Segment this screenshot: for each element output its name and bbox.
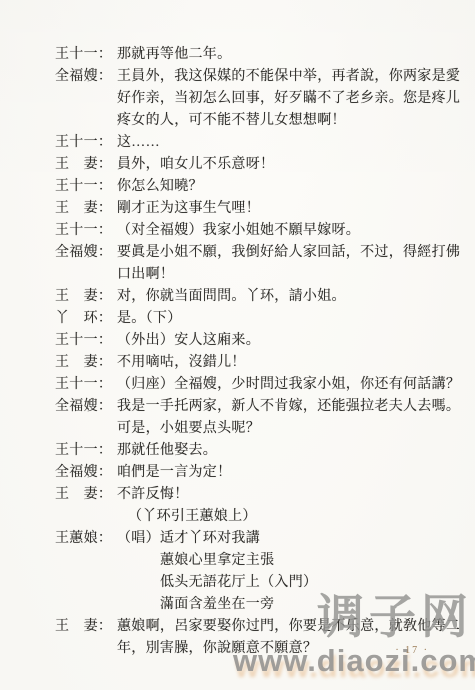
speaker-name: 王 妻： <box>55 616 117 638</box>
dialogue-text: 好作亲，当初怎么回事，好歹瞞不了老乡亲。您是疼儿 <box>117 88 460 110</box>
script-line: 丫 环：是。（下） <box>55 308 465 330</box>
watermark-site-name: 调子网 <box>317 592 473 642</box>
script-line: 蕙娘心里拿定主張 <box>55 550 465 572</box>
speaker-name <box>55 418 117 440</box>
script-line: 王 妻：不用嘀咕，沒錯儿！ <box>55 352 465 374</box>
song-line: 滿面含羞坐在一旁 <box>160 594 274 616</box>
dialogue-text: 那就再等他二年。 <box>117 44 231 66</box>
speaker-name: 王十一： <box>55 330 117 352</box>
script-line: 全福嫂：要眞是小姐不願，我倒好給人家回話，不过，得經打佛 <box>55 242 465 264</box>
dialogue-text: 这…… <box>117 132 160 154</box>
dialogue-text: （外出）安人这廂来。 <box>117 330 260 352</box>
script-line: 王十一：那就再等他二年。 <box>55 44 465 66</box>
script-line: 疼女的人，可不能不替儿女想想啊！ <box>55 110 465 132</box>
script-line: 王十一：（对全福嫂）我家小姐她不願早嫁呀。 <box>55 220 465 242</box>
speaker-name: 王 妻： <box>55 198 117 220</box>
dialogue-text: 那就任他娶去。 <box>117 440 217 462</box>
song-line: 低头无語花厅上（入門） <box>160 572 317 594</box>
speaker-name: 王十一： <box>55 132 117 154</box>
script-line: 全福嫂：王員外，我这保媒的不能保中举，再者說，你两家是愛 <box>55 66 465 88</box>
dialogue-text: （归座）全福嫂，少时問过我家小姐，你还有何話講？ <box>117 374 460 396</box>
script-line: 全福嫂：我是一手托两家，新人不肯嫁，还能强拉老夫人去嗎。 <box>55 396 465 418</box>
dialogue-text: （对全福嫂）我家小姐她不願早嫁呀。 <box>117 220 360 242</box>
script-line: 好作亲，当初怎么回事，好歹瞞不了老乡亲。您是疼儿 <box>55 88 465 110</box>
script-line: 全福嫂：咱們是一言为定！ <box>55 462 465 484</box>
dialogue-text: 口出啊！ <box>117 264 174 286</box>
speaker-name: 王十一： <box>55 44 117 66</box>
dialogue-text: 不許反悔！ <box>117 484 189 506</box>
script-line: 王 妻：不許反悔！ <box>55 484 465 506</box>
stage-direction: （丫环引王蕙娘上） <box>128 506 257 528</box>
dialogue-text: 你怎么知曉？ <box>117 176 203 198</box>
script-line: 王蕙娘：（唱）适才丫环对我講 <box>55 528 465 550</box>
dialogue-text: 我是一手托两家，新人不肯嫁，还能强拉老夫人去嗎。 <box>117 396 460 418</box>
speaker-name: 全福嫂： <box>55 396 117 418</box>
dialogue-text: 剛才正为这事生气哩！ <box>117 198 260 220</box>
speaker-name: 全福嫂： <box>55 66 117 88</box>
speaker-name: 王 妻： <box>55 352 117 374</box>
dialogue-text: 疼女的人，可不能不替儿女想想啊！ <box>117 110 346 132</box>
speaker-name: 王十一： <box>55 176 117 198</box>
speaker-name: 王 妻： <box>55 154 117 176</box>
script-line: 王 妻：剛才正为这事生气哩！ <box>55 198 465 220</box>
dialogue-text: 不用嘀咕，沒錯儿！ <box>117 352 246 374</box>
dialogue-text: 是。（下） <box>117 308 182 330</box>
speaker-name <box>55 638 117 660</box>
script-line: 王 妻：員外，咱女儿不乐意呀！ <box>55 154 465 176</box>
dialogue-text: 員外，咱女儿不乐意呀！ <box>117 154 274 176</box>
speaker-name: 王 妻： <box>55 286 117 308</box>
dialogue-text: （唱）适才丫环对我講 <box>117 528 260 550</box>
speaker-name: 丫 环： <box>55 308 117 330</box>
speaker-name <box>55 264 117 286</box>
speaker-name: 王十一： <box>55 440 117 462</box>
script-line: 王十一：你怎么知曉？ <box>55 176 465 198</box>
scanned-page: 王十一：那就再等他二年。全福嫂：王員外，我这保媒的不能保中举，再者說，你两家是愛… <box>0 0 475 690</box>
song-line: 蕙娘心里拿定主張 <box>160 550 274 572</box>
speaker-name: 王十一： <box>55 374 117 396</box>
script-line: 口出啊！ <box>55 264 465 286</box>
dialogue-text: 王員外，我这保媒的不能保中举，再者說，你两家是愛 <box>117 66 460 88</box>
dialogue-text: 可是，小姐要点头呢？ <box>117 418 260 440</box>
dialogue-text: 对，你就当面問問。丫环，請小姐。 <box>117 286 346 308</box>
script-line: 王十一：（归座）全福嫂，少时問过我家小姐，你还有何話講？ <box>55 374 465 396</box>
speaker-name: 王十一： <box>55 220 117 242</box>
speaker-name: 全福嫂： <box>55 462 117 484</box>
dialogue-text: 咱們是一言为定！ <box>117 462 231 484</box>
dialogue-text: 要眞是小姐不願，我倒好給人家回話，不过，得經打佛 <box>117 242 460 264</box>
script-line: （丫环引王蕙娘上） <box>55 506 465 528</box>
script-line: 王十一：这…… <box>55 132 465 154</box>
script-line: 可是，小姐要点头呢？ <box>55 418 465 440</box>
speaker-name: 王 妻： <box>55 484 117 506</box>
speaker-name <box>55 88 117 110</box>
script-body: 王十一：那就再等他二年。全福嫂：王員外，我这保媒的不能保中举，再者說，你两家是愛… <box>55 44 465 660</box>
watermark-site-url: www.diaozi.com <box>233 644 475 678</box>
script-line: 王十一：（外出）安人这廂来。 <box>55 330 465 352</box>
script-line: 王 妻：对，你就当面問問。丫环，請小姐。 <box>55 286 465 308</box>
speaker-name <box>55 110 117 132</box>
speaker-name: 王蕙娘： <box>55 528 117 550</box>
script-line: 王十一：那就任他娶去。 <box>55 440 465 462</box>
speaker-name: 全福嫂： <box>55 242 117 264</box>
